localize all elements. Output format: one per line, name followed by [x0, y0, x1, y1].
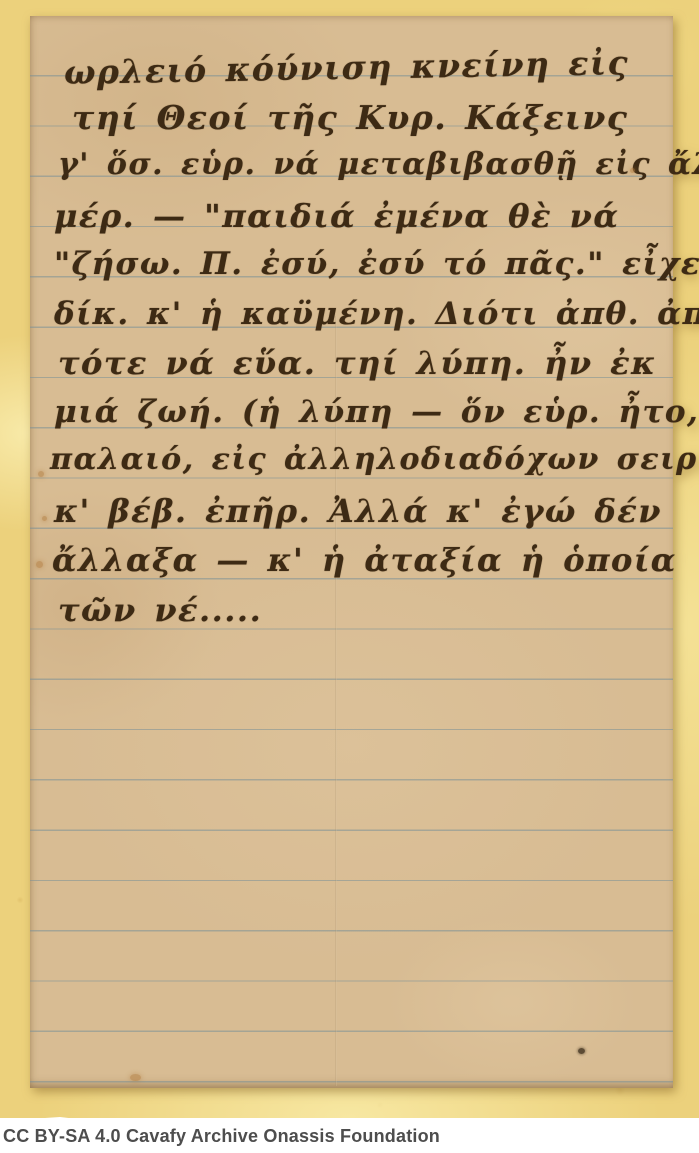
manuscript-scan-viewer: ωρλειό κόύνιση κνείνη εἰς τηί Θεοί τῆς Κ…: [0, 0, 699, 1153]
handwritten-line: μιά ζωή. (ἡ λύπη — ὅν εὑρ. ἦτο,: [54, 394, 699, 430]
ink-speck: [578, 1048, 585, 1054]
handwritten-line: "ζήσω. Π. ἐσύ, ἐσύ τό πᾶς." εἶχε: [54, 246, 699, 282]
handwritten-line: τηί Θεοί τῆς Κυρ. Κάξεινς: [72, 98, 628, 137]
rust-stain: [42, 516, 47, 521]
rust-stain: [130, 1074, 141, 1081]
rust-stain: [630, 168, 635, 173]
rust-stain: [38, 471, 44, 477]
license-caption: CC BY-SA 4.0 Cavafy Archive Onassis Foun…: [3, 1126, 440, 1147]
paper-crease: [335, 316, 337, 1086]
handwritten-line: τότε νά εὕα. τηί λύπη. ἦν ἐκ: [58, 344, 657, 382]
handwritten-line: γ' ὅσ. εὑρ. νά μεταβιβασθῇ εἰς ἄλλο: [58, 147, 699, 182]
manuscript-paper: ωρλειό κόύνιση κνείνη εἰς τηί Θεοί τῆς Κ…: [30, 16, 673, 1088]
paper-wrapper: ωρλειό κόύνιση κνείνη εἰς τηί Θεοί τῆς Κ…: [0, 0, 643, 1072]
handwritten-line: παλαιό, εἰς ἀλληλοδιαδόχων σειρ.): [50, 442, 699, 477]
handwritten-line: δίκ. κ' ἡ καϋμένη. Διότι ἀπθ. ἀπό: [54, 296, 699, 332]
rust-stain: [36, 561, 43, 568]
handwritten-line: ἄλλαξα — κ' ἡ ἀταξία ἡ ὁποία: [52, 541, 677, 579]
license-caption-bar: CC BY-SA 4.0 Cavafy Archive Onassis Foun…: [0, 1118, 699, 1153]
handwritten-line: μέρ. — "παιδιά ἐμένα θὲ νά: [54, 197, 619, 235]
handwritten-line: τῶν νέ.....: [58, 591, 262, 629]
handwritten-line: κ' βέβ. ἐπῆρ. Ἀλλά κ' ἐγώ δέν: [54, 492, 662, 530]
